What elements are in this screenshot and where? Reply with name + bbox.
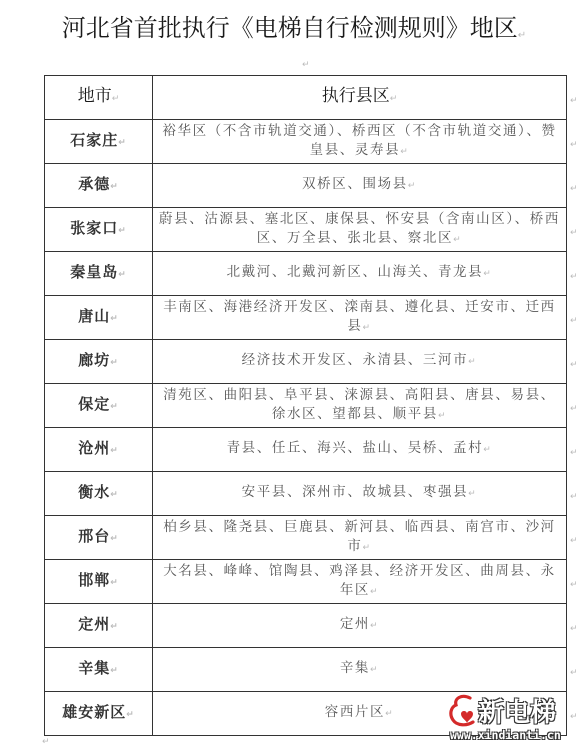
areas-cell: 大名县、峰峰、馆陶县、鸡泽县、经济开发区、曲周县、永年区↵ xyxy=(153,560,567,604)
table-row: 保定↵ 清苑区、曲阳县、阜平县、涞源县、高阳县、唐县、易县、徐水区、望都县、顺平… xyxy=(45,384,567,428)
paragraph-mark-icon: ↵ xyxy=(42,737,50,747)
city-cell: 张家口↵ xyxy=(45,208,153,252)
areas-cell: 蔚县、沽源县、塞北区、康保县、怀安县（含南山区）、桥西区、万全县、张北县、察北区… xyxy=(153,208,567,252)
city-cell: 沧州↵ xyxy=(45,428,153,472)
paragraph-mark-icon: ↵ xyxy=(570,448,578,458)
paragraph-mark-icon: ↵ xyxy=(570,272,578,282)
paragraph-mark-icon: ↵ xyxy=(570,668,578,678)
areas-cell: 安平县、深州市、故城县、枣强县↵ xyxy=(153,472,567,516)
header-areas: 执行县区↵ xyxy=(153,76,567,120)
table-row: 邯郸↵ 大名县、峰峰、馆陶县、鸡泽县、经济开发区、曲周县、永年区↵ xyxy=(45,560,567,604)
areas-cell: 定州↵ xyxy=(153,604,567,648)
city-cell: 衡水↵ xyxy=(45,472,153,516)
paragraph-mark-icon: ↵ xyxy=(390,94,398,104)
city-cell: 邯郸↵ xyxy=(45,560,153,604)
city-cell: 廊坊↵ xyxy=(45,340,153,384)
city-cell: 邢台↵ xyxy=(45,516,153,560)
watermark: 新电梯 www.xindianti.cn xyxy=(448,694,588,746)
table-row: 张家口↵ 蔚县、沽源县、塞北区、康保县、怀安县（含南山区）、桥西区、万全县、张北… xyxy=(45,208,567,252)
paragraph-mark-icon: ↵ xyxy=(570,492,578,502)
watermark-url: www.xindianti.cn xyxy=(450,728,561,742)
city-cell: 雄安新区↵ xyxy=(45,692,153,736)
city-cell: 石家庄↵ xyxy=(45,120,153,164)
paragraph-mark-icon: ↵ xyxy=(570,360,578,370)
paragraph-mark-icon: ↵ xyxy=(570,316,578,326)
areas-cell: 北戴河、北戴河新区、山海关、青龙县↵ xyxy=(153,252,567,296)
table-row: 唐山↵ 丰南区、海港经济开发区、滦南县、遵化县、迁安市、迁西县↵ xyxy=(45,296,567,340)
areas-cell: 裕华区（不含市轨道交通）、桥西区（不含市轨道交通）、赞皇县、灵寿县↵ xyxy=(153,120,567,164)
paragraph-mark-icon: ↵ xyxy=(570,404,578,414)
areas-cell: 丰南区、海港经济开发区、滦南县、遵化县、迁安市、迁西县↵ xyxy=(153,296,567,340)
table-row: 廊坊↵ 经济技术开发区、永清县、三河市↵ xyxy=(45,340,567,384)
paragraph-mark-icon: ↵ xyxy=(570,228,578,238)
paragraph-mark-icon: ↵ xyxy=(518,30,526,41)
areas-cell: 辛集↵ xyxy=(153,648,567,692)
table-row: 邢台↵ 柏乡县、隆尧县、巨鹿县、新河县、临西县、南宫市、沙河市↵ xyxy=(45,516,567,560)
paragraph-mark-icon: ↵ xyxy=(570,184,578,194)
areas-cell: 双桥区、围场县↵ xyxy=(153,164,567,208)
regions-table: 地市↵ 执行县区↵ 石家庄↵ 裕华区（不含市轨道交通）、桥西区（不含市轨道交通）… xyxy=(44,75,567,736)
heart-e-logo-icon xyxy=(448,694,478,728)
table-row: 定州↵ 定州↵ xyxy=(45,604,567,648)
city-cell: 定州↵ xyxy=(45,604,153,648)
city-cell: 秦皇岛↵ xyxy=(45,252,153,296)
paragraph-mark-icon: ↵ xyxy=(112,94,120,104)
table-row: 衡水↵ 安平县、深州市、故城县、枣强县↵ xyxy=(45,472,567,516)
paragraph-mark-icon: ↵ xyxy=(302,60,310,70)
city-cell: 唐山↵ xyxy=(45,296,153,340)
paragraph-mark-icon: ↵ xyxy=(570,580,578,590)
paragraph-mark-icon: ↵ xyxy=(570,536,578,546)
paragraph-mark-icon: ↵ xyxy=(570,624,578,634)
areas-cell: 经济技术开发区、永清县、三河市↵ xyxy=(153,340,567,384)
table-row: 辛集↵ 辛集↵ xyxy=(45,648,567,692)
city-cell: 辛集↵ xyxy=(45,648,153,692)
paragraph-mark-icon: ↵ xyxy=(570,96,578,106)
areas-cell: 柏乡县、隆尧县、巨鹿县、新河县、临西县、南宫市、沙河市↵ xyxy=(153,516,567,560)
table-row: 秦皇岛↵ 北戴河、北戴河新区、山海关、青龙县↵ xyxy=(45,252,567,296)
city-cell: 保定↵ xyxy=(45,384,153,428)
areas-cell: 清苑区、曲阳县、阜平县、涞源县、高阳县、唐县、易县、徐水区、望都县、顺平县↵ xyxy=(153,384,567,428)
paragraph-mark-icon: ↵ xyxy=(570,140,578,150)
table-row: 石家庄↵ 裕华区（不含市轨道交通）、桥西区（不含市轨道交通）、赞皇县、灵寿县↵ xyxy=(45,120,567,164)
watermark-brand: 新电梯 xyxy=(478,692,556,729)
document-title: 河北省首批执行《电梯自行检测规则》地区↵ xyxy=(0,8,588,43)
title-text: 河北省首批执行《电梯自行检测规则》地区 xyxy=(62,14,518,42)
table-row: 沧州↵ 青县、任丘、海兴、盐山、吴桥、孟村↵ xyxy=(45,428,567,472)
city-cell: 承德↵ xyxy=(45,164,153,208)
areas-cell: 青县、任丘、海兴、盐山、吴桥、孟村↵ xyxy=(153,428,567,472)
table-row: 承德↵ 双桥区、围场县↵ xyxy=(45,164,567,208)
table-header-row: 地市↵ 执行县区↵ xyxy=(45,76,567,120)
header-city: 地市↵ xyxy=(45,76,153,120)
